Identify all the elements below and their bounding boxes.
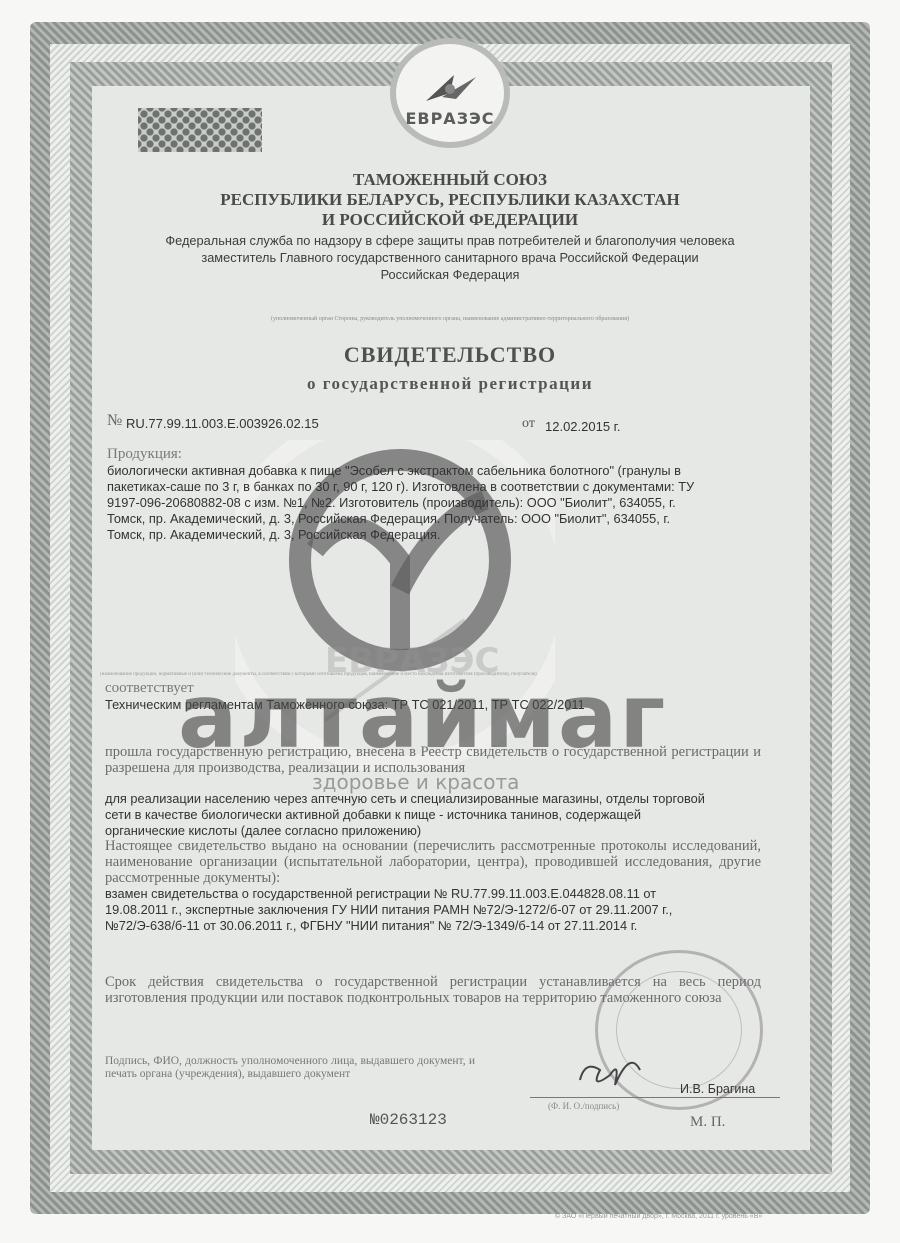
basis-line: взамен свидетельства о государственной р…	[105, 886, 795, 902]
signature-caption: Подпись, ФИО, должность уполномоченного …	[105, 1055, 475, 1081]
printer-credit: © ЗАО «Первый печатный двор», г. Москва,…	[555, 1213, 762, 1220]
usage-description: для реализации населению через аптечную …	[105, 791, 795, 839]
basis-statement: Настоящее свидетельство выдано на основа…	[105, 838, 761, 886]
agency-line-3: Российская Федерация	[110, 266, 790, 283]
eurasec-emblem: ЕВРАЗЭС	[390, 38, 510, 148]
certificate-subtitle: о государственной регистрации	[110, 374, 790, 394]
issuing-agency: Федеральная служба по надзору в сфере за…	[110, 232, 790, 283]
security-pattern	[138, 108, 262, 152]
product-line: биологически активная добавка к пище "Эс…	[107, 463, 694, 479]
watermark-tagline: здоровье и красота	[312, 770, 519, 794]
certificate-date: 12.02.2015 г.	[545, 419, 620, 434]
product-line: пакетиках-саше по 3 г, в банках по 30 г,…	[107, 479, 694, 495]
product-description: биологически активная добавка к пище "Эс…	[107, 463, 694, 543]
product-line: 9197-096-20680882-08 с изм. №1, №2. Изго…	[107, 495, 694, 511]
authority-caption: (уполномоченный орган Стороны, руководит…	[130, 316, 770, 322]
agency-line-2: заместитель Главного государственного са…	[110, 249, 790, 266]
date-label: от	[522, 416, 535, 432]
number-label: №	[107, 412, 122, 430]
eurasec-label: ЕВРАЗЭС	[405, 109, 494, 128]
usage-line: сети в качестве биологически активной до…	[105, 807, 795, 823]
certificate-number: RU.77.99.11.003.Е.003926.02.15	[126, 416, 319, 431]
signature-scribble-icon	[570, 1040, 650, 1100]
union-line-2: РЕСПУБЛИКИ БЕЛАРУСЬ, РЕСПУБЛИКИ КАЗАХСТА…	[110, 190, 790, 210]
signature-line	[530, 1097, 780, 1098]
signatory-caption: (Ф. И. О./подпись)	[548, 1101, 619, 1111]
product-line: Томск, пр. Академический, д. 3, Российск…	[107, 527, 694, 543]
watermark-brand: алтаймаг	[178, 665, 667, 768]
product-line: Томск, пр. Академический, д. 3, Российск…	[107, 511, 694, 527]
product-label: Продукция:	[107, 446, 694, 463]
customs-union-heading: ТАМОЖЕННЫЙ СОЮЗ РЕСПУБЛИКИ БЕЛАРУСЬ, РЕС…	[110, 170, 790, 230]
eurasec-logo-icon	[420, 71, 480, 105]
usage-line: органические кислоты (далее согласно при…	[105, 823, 795, 839]
agency-line-1: Федеральная служба по надзору в сфере за…	[110, 232, 790, 249]
basis-documents: взамен свидетельства о государственной р…	[105, 886, 795, 934]
certificate-title: СВИДЕТЕЛЬСТВО	[110, 342, 790, 368]
union-line-3: И РОССИЙСКОЙ ФЕДЕРАЦИИ	[110, 210, 790, 230]
product-section: Продукция: биологически активная добавка…	[107, 446, 694, 543]
signatory-name: И.В. Брагина	[680, 1082, 755, 1096]
seal-place-label: М. П.	[690, 1114, 725, 1131]
basis-line: №72/Э-638/б-11 от 30.06.2011 г., ФГБНУ "…	[105, 918, 795, 934]
union-line-1: ТАМОЖЕННЫЙ СОЮЗ	[110, 170, 790, 190]
basis-line: 19.08.2011 г., экспертные заключения ГУ …	[105, 902, 795, 918]
form-number: №0263123	[370, 1111, 447, 1129]
